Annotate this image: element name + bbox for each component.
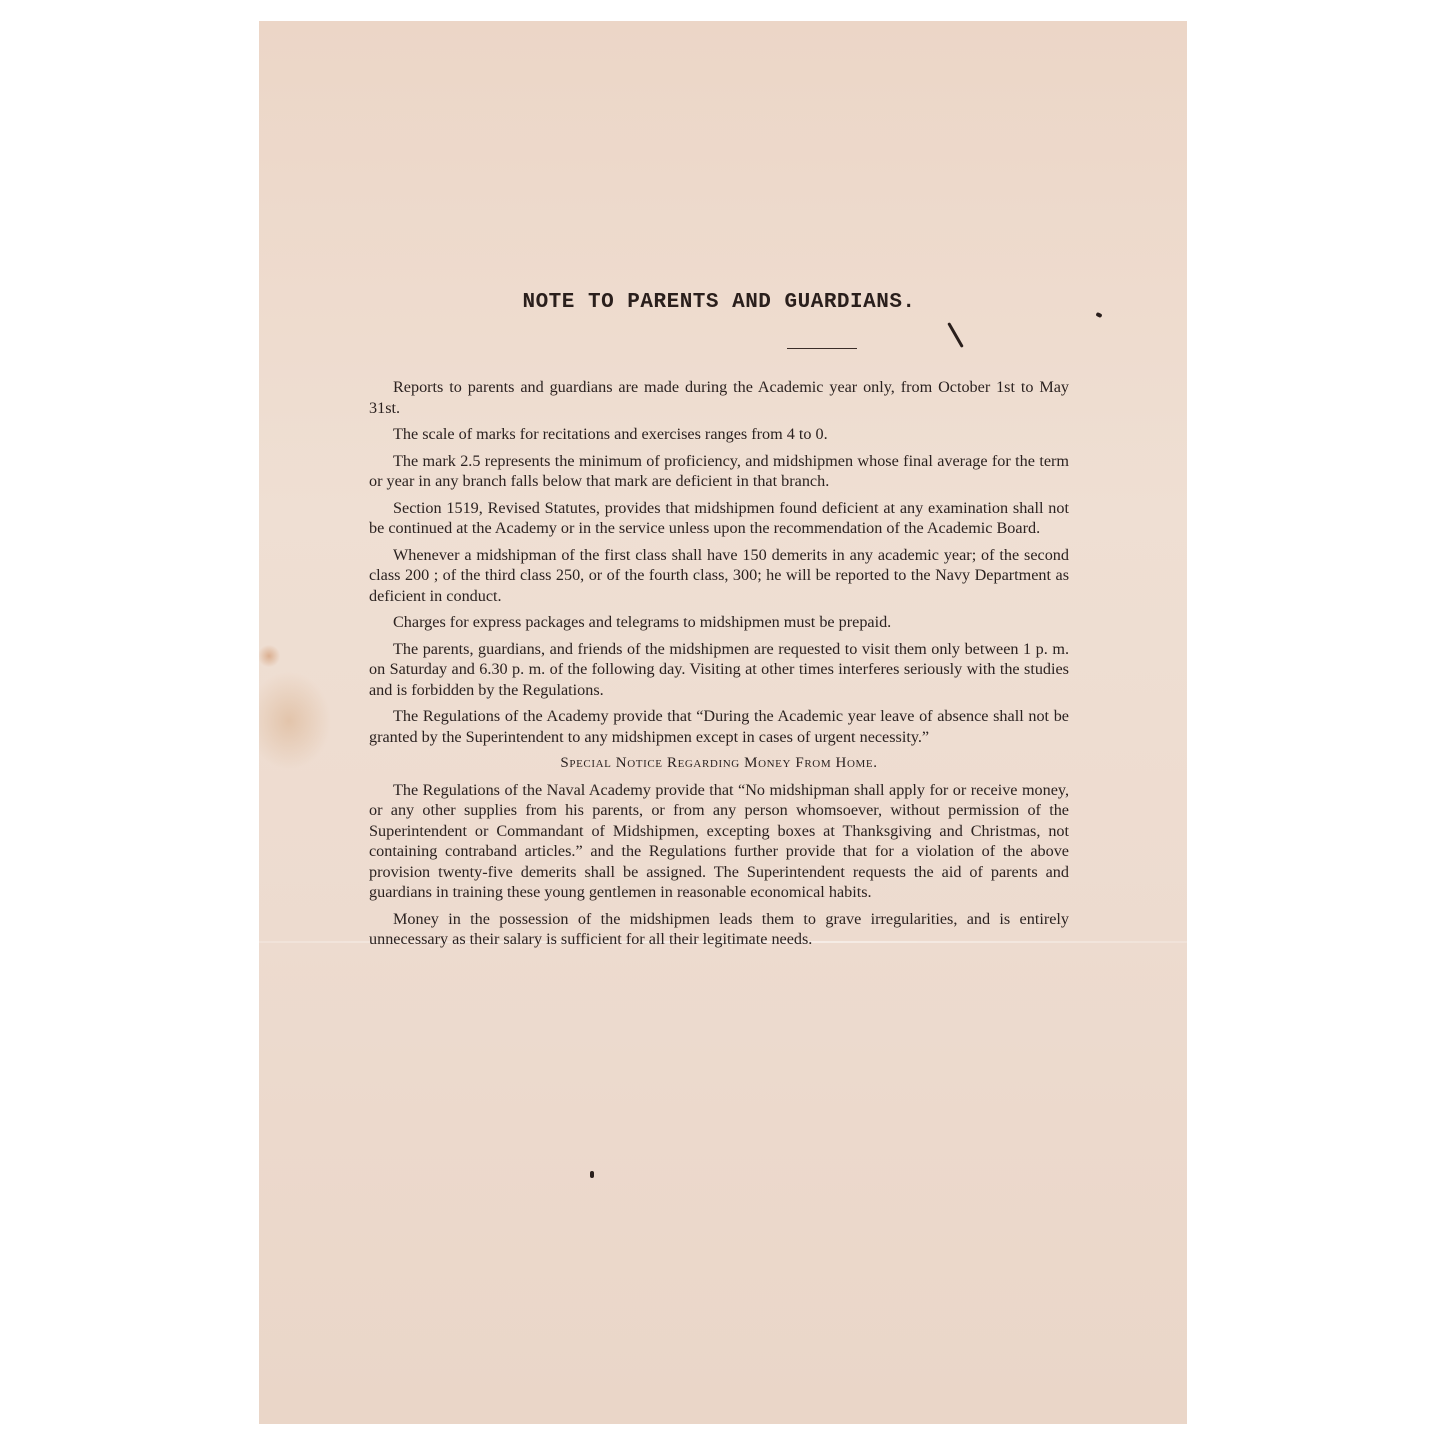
document-body: Reports to parents and guardians are mad…	[369, 377, 1069, 956]
document-title: NOTE TO PARENTS AND GUARDIANS.	[369, 291, 1069, 314]
paragraph-section-1519: Section 1519, Revised Statutes, provides…	[369, 498, 1069, 539]
ink-mark	[1095, 312, 1102, 318]
ink-mark	[947, 322, 964, 348]
ink-speck	[590, 1171, 594, 1178]
paragraph-minimum-proficiency: The mark 2.5 represents the minimum of p…	[369, 451, 1069, 492]
special-notice-heading: Special Notice Regarding Money From Home…	[369, 753, 1069, 774]
document-page: NOTE TO PARENTS AND GUARDIANS. Reports t…	[259, 21, 1187, 1424]
paragraph-leave-of-absence: The Regulations of the Academy provide t…	[369, 706, 1069, 747]
paragraph-money-possession: Money in the possession of the midshipme…	[369, 909, 1069, 950]
paragraph-charges: Charges for express packages and telegra…	[369, 612, 1069, 633]
paragraph-money-regulation: The Regulations of the Naval Academy pro…	[369, 780, 1069, 903]
paragraph-reports: Reports to parents and guardians are mad…	[369, 377, 1069, 418]
paragraph-visiting: The parents, guardians, and friends of t…	[369, 639, 1069, 701]
paragraph-demerits: Whenever a midshipman of the first class…	[369, 545, 1069, 607]
title-divider	[787, 348, 857, 349]
paragraph-scale-of-marks: The scale of marks for recitations and e…	[369, 424, 1069, 445]
